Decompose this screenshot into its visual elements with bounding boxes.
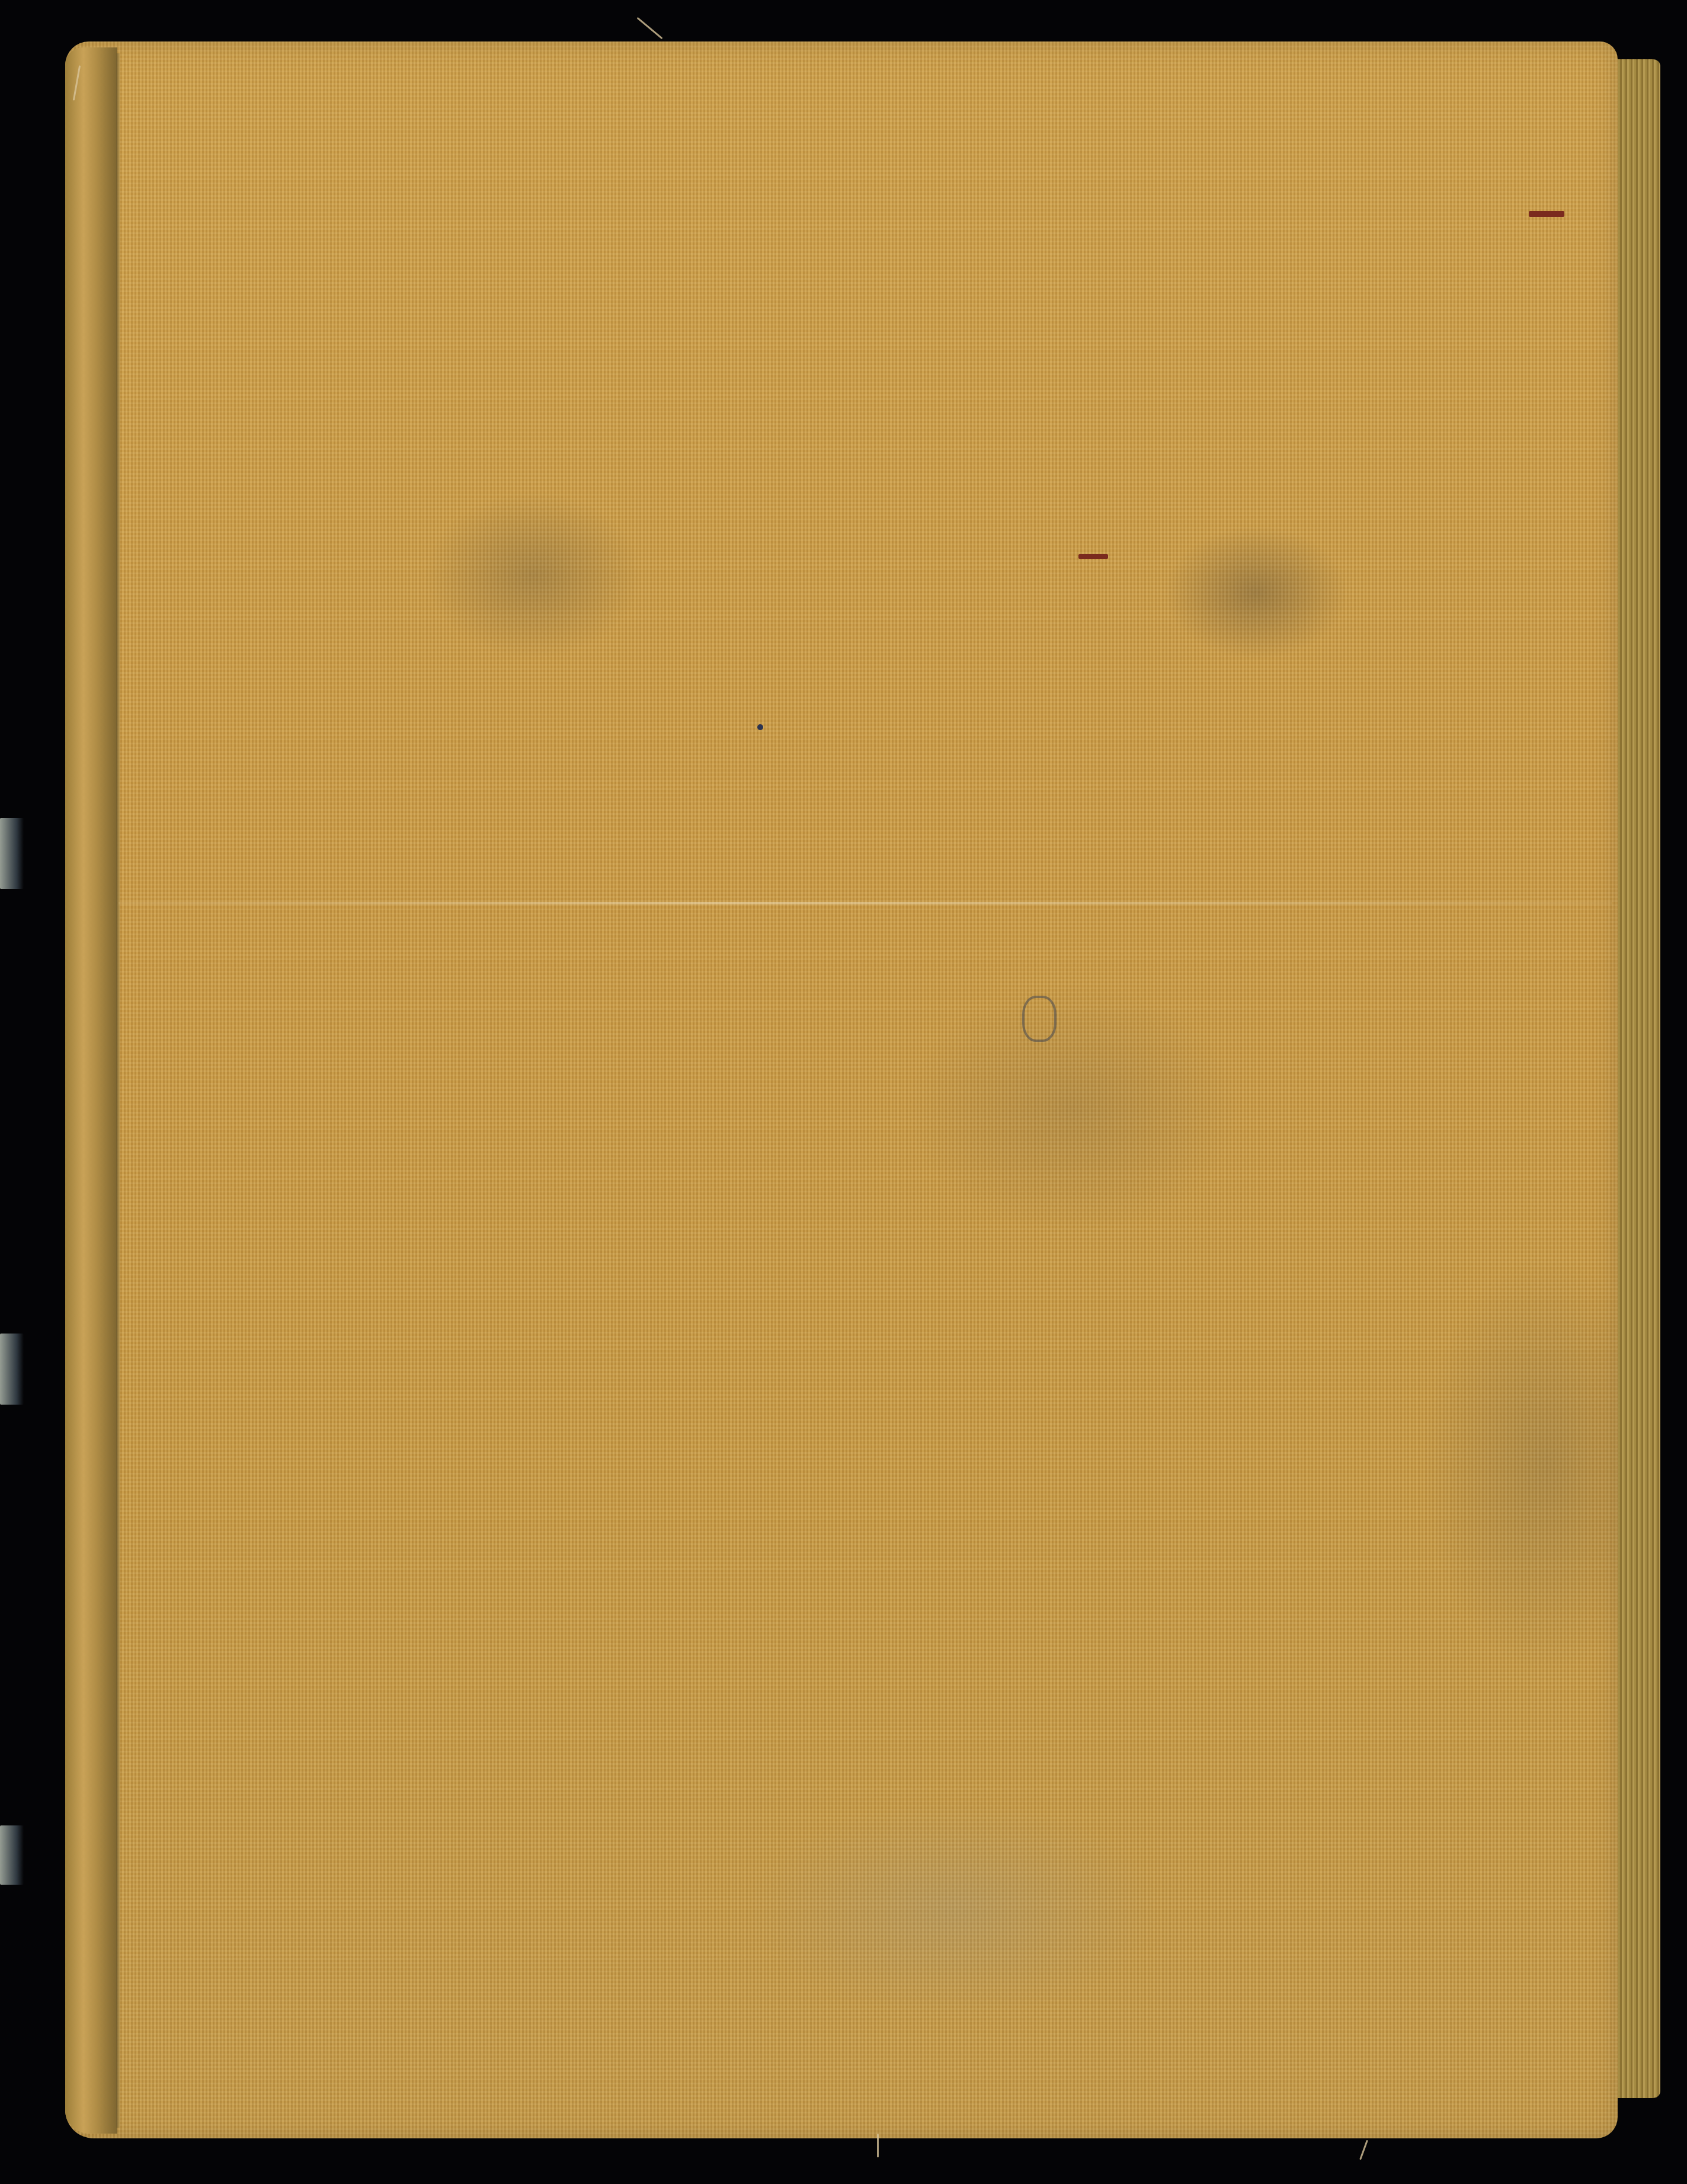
scanner-edge-marker <box>0 818 24 889</box>
spine-hinge <box>65 47 117 2134</box>
frayed-thread <box>877 2134 879 2157</box>
cover-crease <box>119 902 1612 904</box>
scanner-edge-marker <box>0 1825 24 1885</box>
book-cover <box>65 41 1618 2138</box>
ink-scribble <box>1022 996 1057 1042</box>
red-stain-mark <box>1529 211 1564 217</box>
ink-dot <box>757 724 763 730</box>
hinge-groove <box>116 53 120 2128</box>
red-stain-mark <box>1078 554 1108 559</box>
scanner-edge-marker <box>0 1334 24 1405</box>
book-page-edge <box>1613 59 1660 2098</box>
